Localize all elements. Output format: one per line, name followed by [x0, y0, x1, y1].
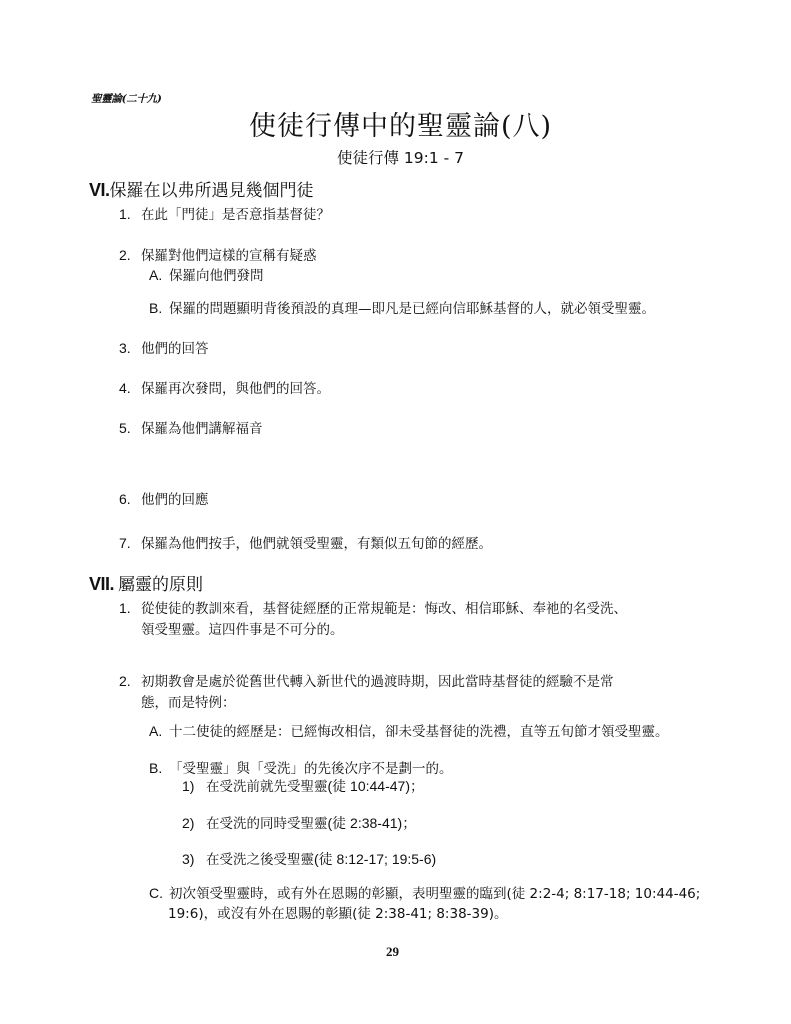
section-title: 保羅在以弗所遇見幾個門徒: [110, 181, 314, 201]
sub-list-item: B.「受聖靈」與「受洗」的先後次序不是劃一的。: [149, 757, 453, 777]
sub-list-item: A.十二使徒的經歷是：已經悔改相信，卻未受基督徒的洗禮，直等五旬節才領受聖靈。: [149, 720, 669, 740]
list-item-continuation: 態，而是特例：: [141, 691, 236, 711]
page-subtitle: 使徒行傳 19:1 - 7: [0, 146, 791, 168]
section-number: VI.: [89, 180, 110, 200]
sub-sub-list-item: 2)在受洗的同時受聖靈(徒 2:38-41)；: [182, 812, 416, 833]
list-item: 2.保羅對他們這樣的宣稱有疑惑: [119, 244, 317, 264]
list-item: 5.保羅為他們講解福音: [119, 417, 263, 437]
section-heading-vi: VI.保羅在以弗所遇見幾個門徒: [89, 176, 314, 201]
sub-list-item: A.保羅向他們發問: [149, 264, 264, 284]
sub-list-item: C.初次領受聖靈時，或有外在恩賜的彰顯，表明聖靈的臨到(徒 2:2-4; 8:1…: [149, 882, 700, 902]
list-item-continuation: 領受聖靈。這四件事是不可分的。: [141, 618, 344, 638]
scripture-reference: (徒 8:12-17; 19:5-6): [314, 851, 436, 867]
sub-sub-list-item: 1)在受洗前就先受聖靈(徒 10:44-47)；: [182, 775, 424, 796]
scripture-reference: (徒 2:38-41)；: [328, 815, 417, 831]
section-number: VII.: [89, 574, 114, 594]
list-item: 2.初期教會是處於從舊世代轉入新世代的過渡時期，因此當時基督徒的經驗不是常: [119, 670, 614, 690]
list-item: 6.他們的回應: [119, 488, 209, 508]
sub-sub-list-item: 3)在受洗之後受聖靈(徒 8:12-17; 19:5-6): [182, 848, 436, 869]
page-number: 29: [386, 944, 399, 960]
list-item: 1.從使徒的教訓來看，基督徒經歷的正常規範是：悔改、相信耶穌、奉祂的名受洗、: [119, 597, 627, 617]
section-title: 屬靈的原則: [118, 575, 203, 595]
list-item: 4.保羅再次發問，與他們的回答。: [119, 377, 330, 397]
scripture-reference: (徒 10:44-47)；: [328, 778, 424, 794]
section-heading-vii: VII.屬靈的原則: [89, 570, 203, 595]
list-item: 3.他們的回答: [119, 337, 209, 357]
page-title: 使徒行傳中的聖靈論(八): [0, 104, 791, 143]
list-item: 1.在此「門徒」是否意指基督徒？: [119, 203, 330, 223]
list-item: 7.保羅為他們按手，他們就領受聖靈，有類似五旬節的經歷。: [119, 532, 492, 552]
sub-list-item: B.保羅的問題顯明背後預設的真理—即凡是已經向信耶穌基督的人，就必領受聖靈。: [149, 297, 655, 317]
sub-list-item-continuation: 19:6)，或沒有外在恩賜的彰顯(徒 2:38-41; 8:38-39)。: [168, 902, 507, 922]
